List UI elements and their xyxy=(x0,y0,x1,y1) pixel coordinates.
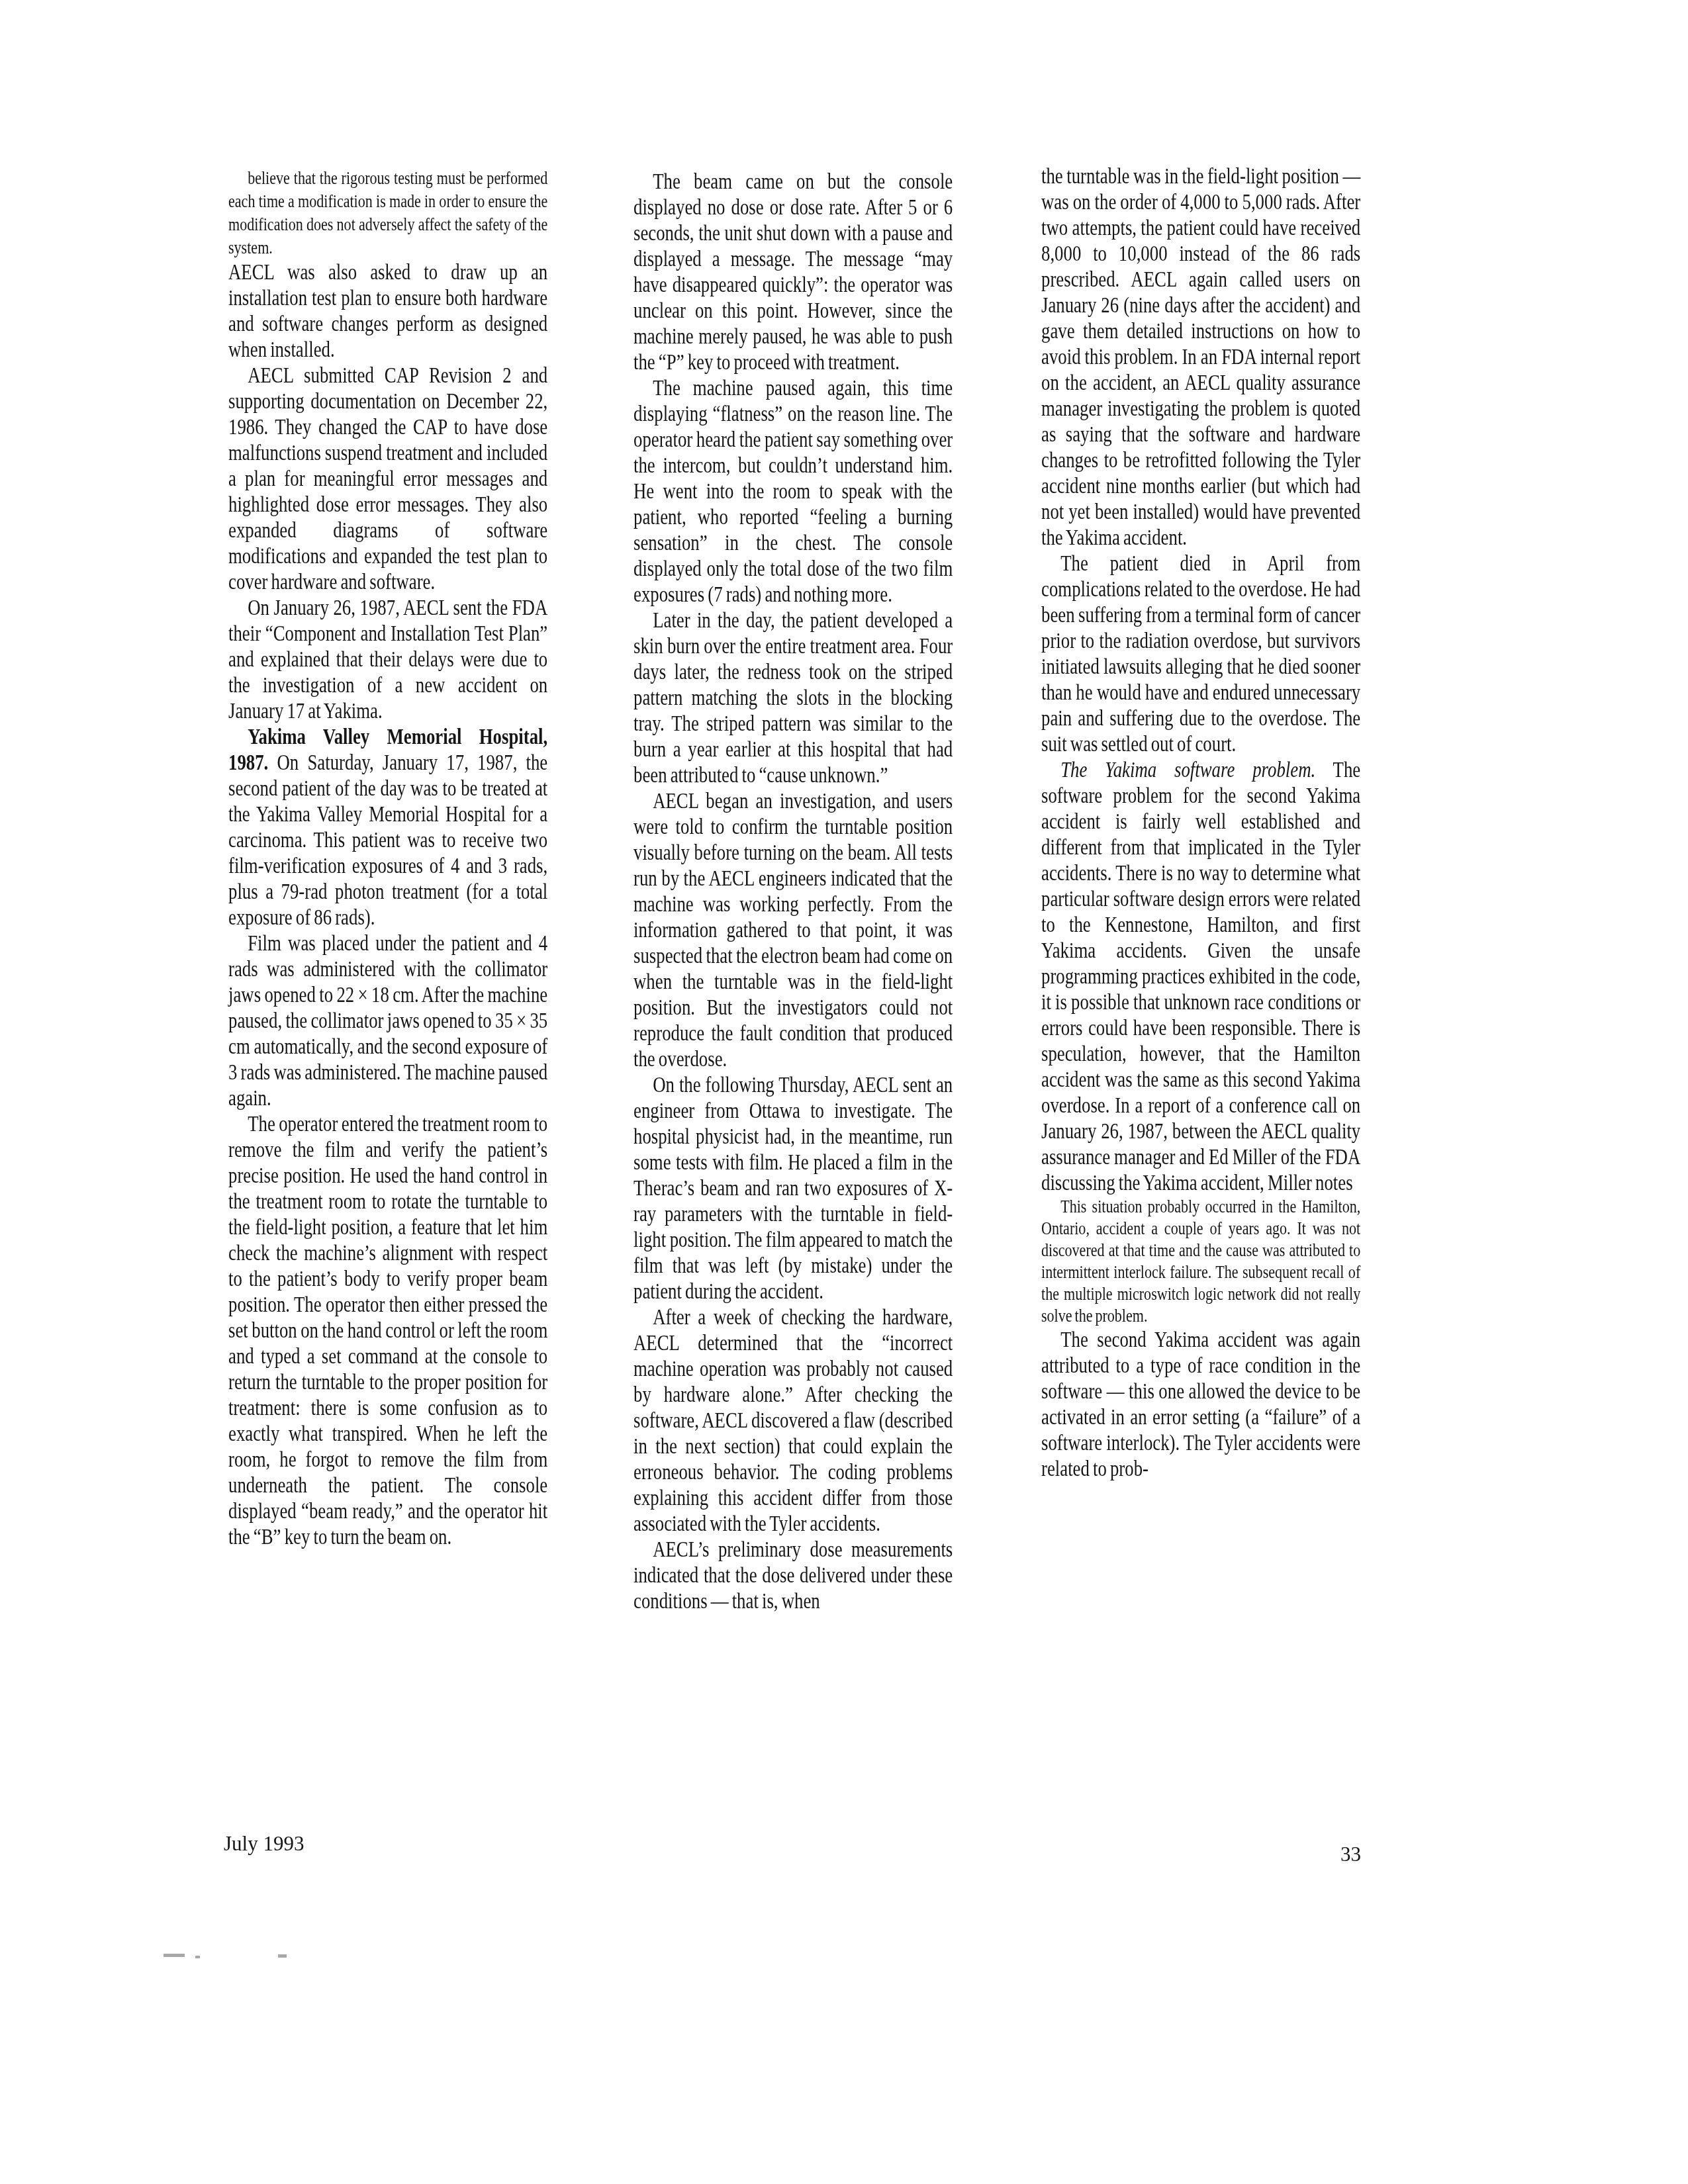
opening-quote-paragraph: believe that the rigorous testing must b… xyxy=(228,167,547,259)
body-paragraph: the turntable was in the field-light pos… xyxy=(1041,163,1360,551)
body-paragraph: The second Yakima accident was again att… xyxy=(1041,1327,1360,1482)
text-column-2-content: The beam came on but the console display… xyxy=(633,169,953,1614)
text-column-1: believe that the rigorous testing must b… xyxy=(228,167,633,1550)
footer-page-number: 33 xyxy=(1317,1843,1361,1866)
body-paragraph: The patient died in April from complicat… xyxy=(1041,551,1360,757)
miller-block-quote: This situation probably occurred in the … xyxy=(1041,1196,1360,1327)
body-paragraph: AECL’s preliminary dose measurements ind… xyxy=(633,1537,953,1614)
body-paragraph: Later in the day, the patient developed … xyxy=(633,608,953,788)
magazine-page: believe that the rigorous testing must b… xyxy=(0,0,1688,2184)
scan-speck xyxy=(164,1954,185,1957)
body-paragraph: The machine paused again, this time disp… xyxy=(633,375,953,608)
body-paragraph: AECL submitted CAP Revision 2 and suppor… xyxy=(228,363,547,595)
text-column-1-content: believe that the rigorous testing must b… xyxy=(228,167,547,1550)
body-paragraph: The beam came on but the console display… xyxy=(633,169,953,375)
text-column-3-content: the turntable was in the field-light pos… xyxy=(1041,163,1360,1482)
paragraph-text: On Saturday, January 17, 1987, the secon… xyxy=(228,751,547,930)
body-paragraph: AECL began an investigation, and users w… xyxy=(633,788,953,1072)
text-column-2: The beam came on but the console display… xyxy=(633,169,1039,1614)
body-paragraph: AECL was also asked to draw up an instal… xyxy=(228,259,547,363)
text-column-3: the turntable was in the field-light pos… xyxy=(1041,163,1446,1482)
yakima-software-problem-paragraph: The Yakima software problem. The softwar… xyxy=(1041,757,1360,1196)
body-paragraph: The operator entered the treatment room … xyxy=(228,1111,547,1550)
scan-speck xyxy=(195,1956,200,1958)
paragraph-text: The software problem for the second Yaki… xyxy=(1041,758,1360,1195)
footer-issue-date: July 1993 xyxy=(224,1832,304,1856)
section-heading-italic: The Yakima software problem. xyxy=(1060,758,1315,782)
body-paragraph: On the following Thursday, AECL sent an … xyxy=(633,1072,953,1304)
body-paragraph: After a week of checking the hardware, A… xyxy=(633,1304,953,1537)
yakima-section-paragraph: Yakima Valley Memorial Hospital, 1987. O… xyxy=(228,724,547,931)
body-paragraph: On January 26, 1987, AECL sent the FDA t… xyxy=(228,595,547,724)
body-paragraph: Film was placed under the patient and 4 … xyxy=(228,931,547,1111)
scan-speck xyxy=(278,1954,287,1958)
